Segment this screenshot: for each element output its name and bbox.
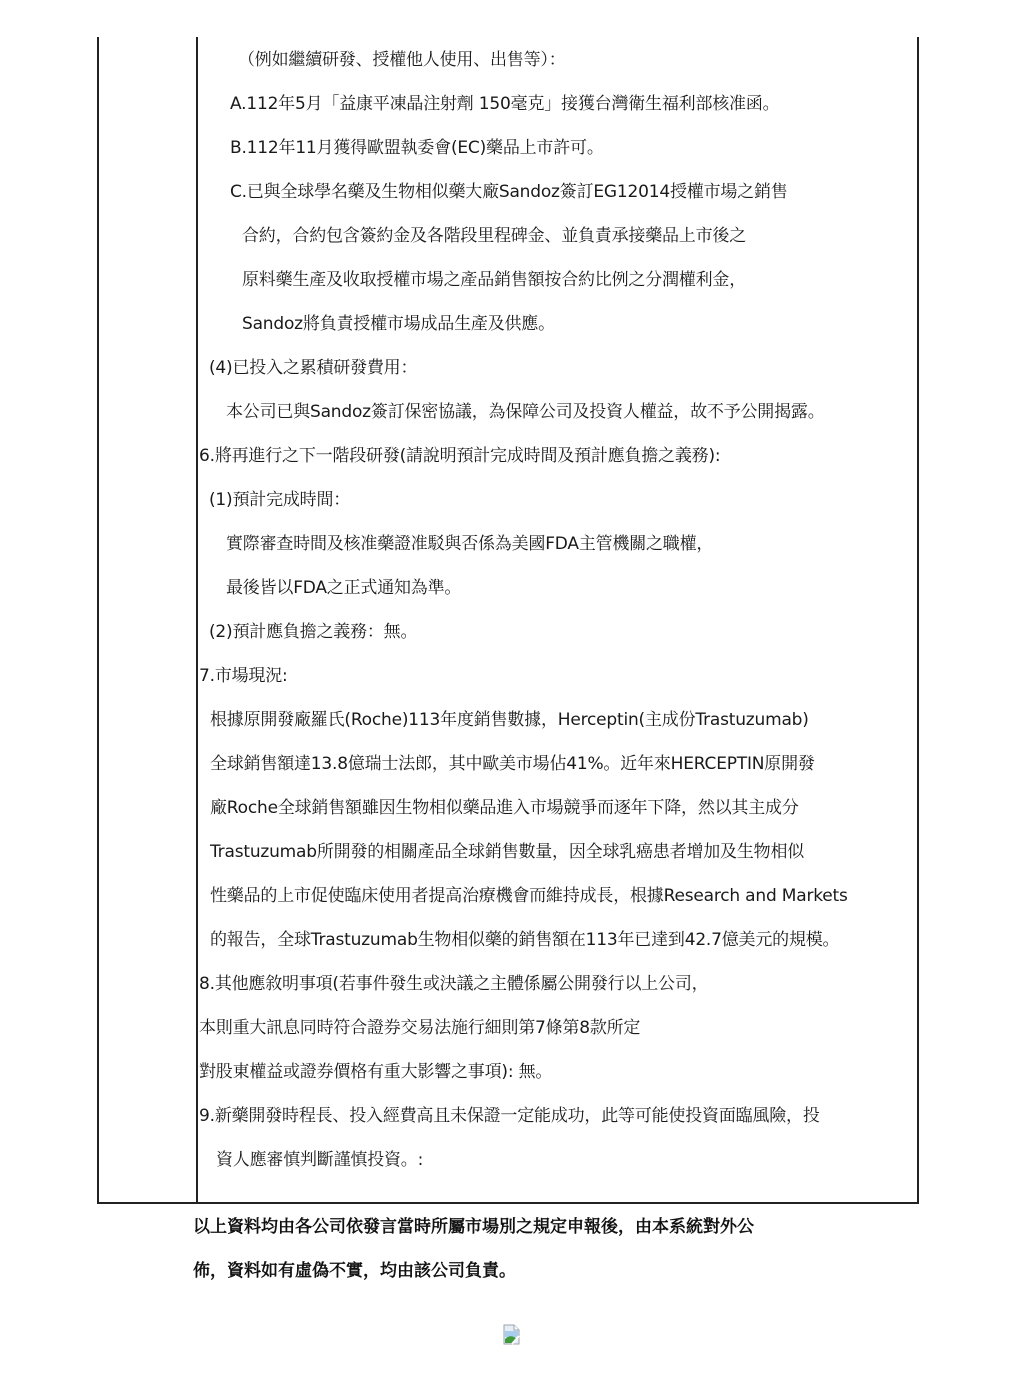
document-line: 最後皆以FDA之正式通知為準。: [226, 577, 461, 599]
document-line: 實際審查時間及核准藥證准駁與否係為美國FDA主管機關之職權，: [226, 533, 713, 555]
document-line: (1)預計完成時間：: [209, 489, 350, 511]
document-line: 本公司已與Sandoz簽訂保密協議，為保障公司及投資人權益，故不予公開揭露。: [226, 401, 825, 423]
document-line: 根據原開發廠羅氏(Roche)113年度銷售數據，Herceptin(主成份Tr…: [210, 709, 809, 731]
document-line: (4)已投入之累積研發費用：: [209, 357, 417, 379]
document-line: 8.其他應敘明事項(若事件發生或決議之主體係屬公開發行以上公司，: [199, 973, 708, 995]
document-line: （例如繼續研發、授權他人使用、出售等）：: [238, 49, 566, 71]
document-line: Trastuzumab所開發的相關產品全球銷售數量，因全球乳癌患者增加及生物相似: [210, 841, 804, 863]
document-line: C.已與全球學名藥及生物相似藥大廠Sandoz簽訂EG12014授權市場之銷售: [230, 181, 788, 203]
disclaimer-line-1: 以上資料均由各公司依發言當時所屬市場別之規定申報後，由本系統對外公: [193, 1216, 754, 1238]
document-line: 性藥品的上市促使臨床使用者提高治療機會而維持成長，根據Research and …: [210, 885, 848, 907]
document-line: 廠Roche全球銷售額雖因生物相似藥品進入市場競爭而逐年下降，然以其主成分: [210, 797, 799, 819]
document-line: Sandoz將負責授權市場成品生產及供應。: [242, 313, 555, 335]
document-line: 全球銷售額達13.8億瑞士法郎，其中歐美市場佔41%。近年來HERCEPTIN原…: [210, 753, 815, 775]
document-line: 合約，合約包含簽約金及各階段里程碑金、並負責承接藥品上市後之: [242, 225, 746, 247]
document-line: B.112年11月獲得歐盟執委會(EC)藥品上市許可。: [230, 137, 604, 159]
broken-image-icon: [501, 1324, 523, 1346]
document-line: A.112年5月「益康平凍晶注射劑 150毫克」接獲台灣衛生福利部核准函。: [230, 93, 779, 115]
document-line: 的報告，全球Trastuzumab生物相似藥的銷售額在113年已達到42.7億美…: [210, 929, 839, 951]
document-line: 本則重大訊息同時符合證券交易法施行細則第7條第8款所定: [199, 1017, 640, 1039]
document-line: 對股東權益或證券價格有重大影響之事項): 無。: [199, 1061, 552, 1083]
document-line: (2)預計應負擔之義務：無。: [209, 621, 417, 643]
document-line: 資人應審慎判斷謹慎投資。:: [216, 1149, 423, 1171]
table-column-divider: [196, 37, 198, 1202]
document-line: 7.市場現況:: [199, 665, 288, 687]
document-line: 9.新藥開發時程長、投入經費高且未保證一定能成功，此等可能使投資面臨風險，投: [199, 1105, 820, 1127]
document-line: 原料藥生產及收取授權市場之產品銷售額按合約比例之分潤權利金，: [242, 269, 746, 291]
disclaimer-line-2: 佈，資料如有虛偽不實，均由該公司負責。: [193, 1260, 516, 1282]
document-line: 6.將再進行之下一階段研發(請說明預計完成時間及預計應負擔之義務):: [199, 445, 720, 467]
